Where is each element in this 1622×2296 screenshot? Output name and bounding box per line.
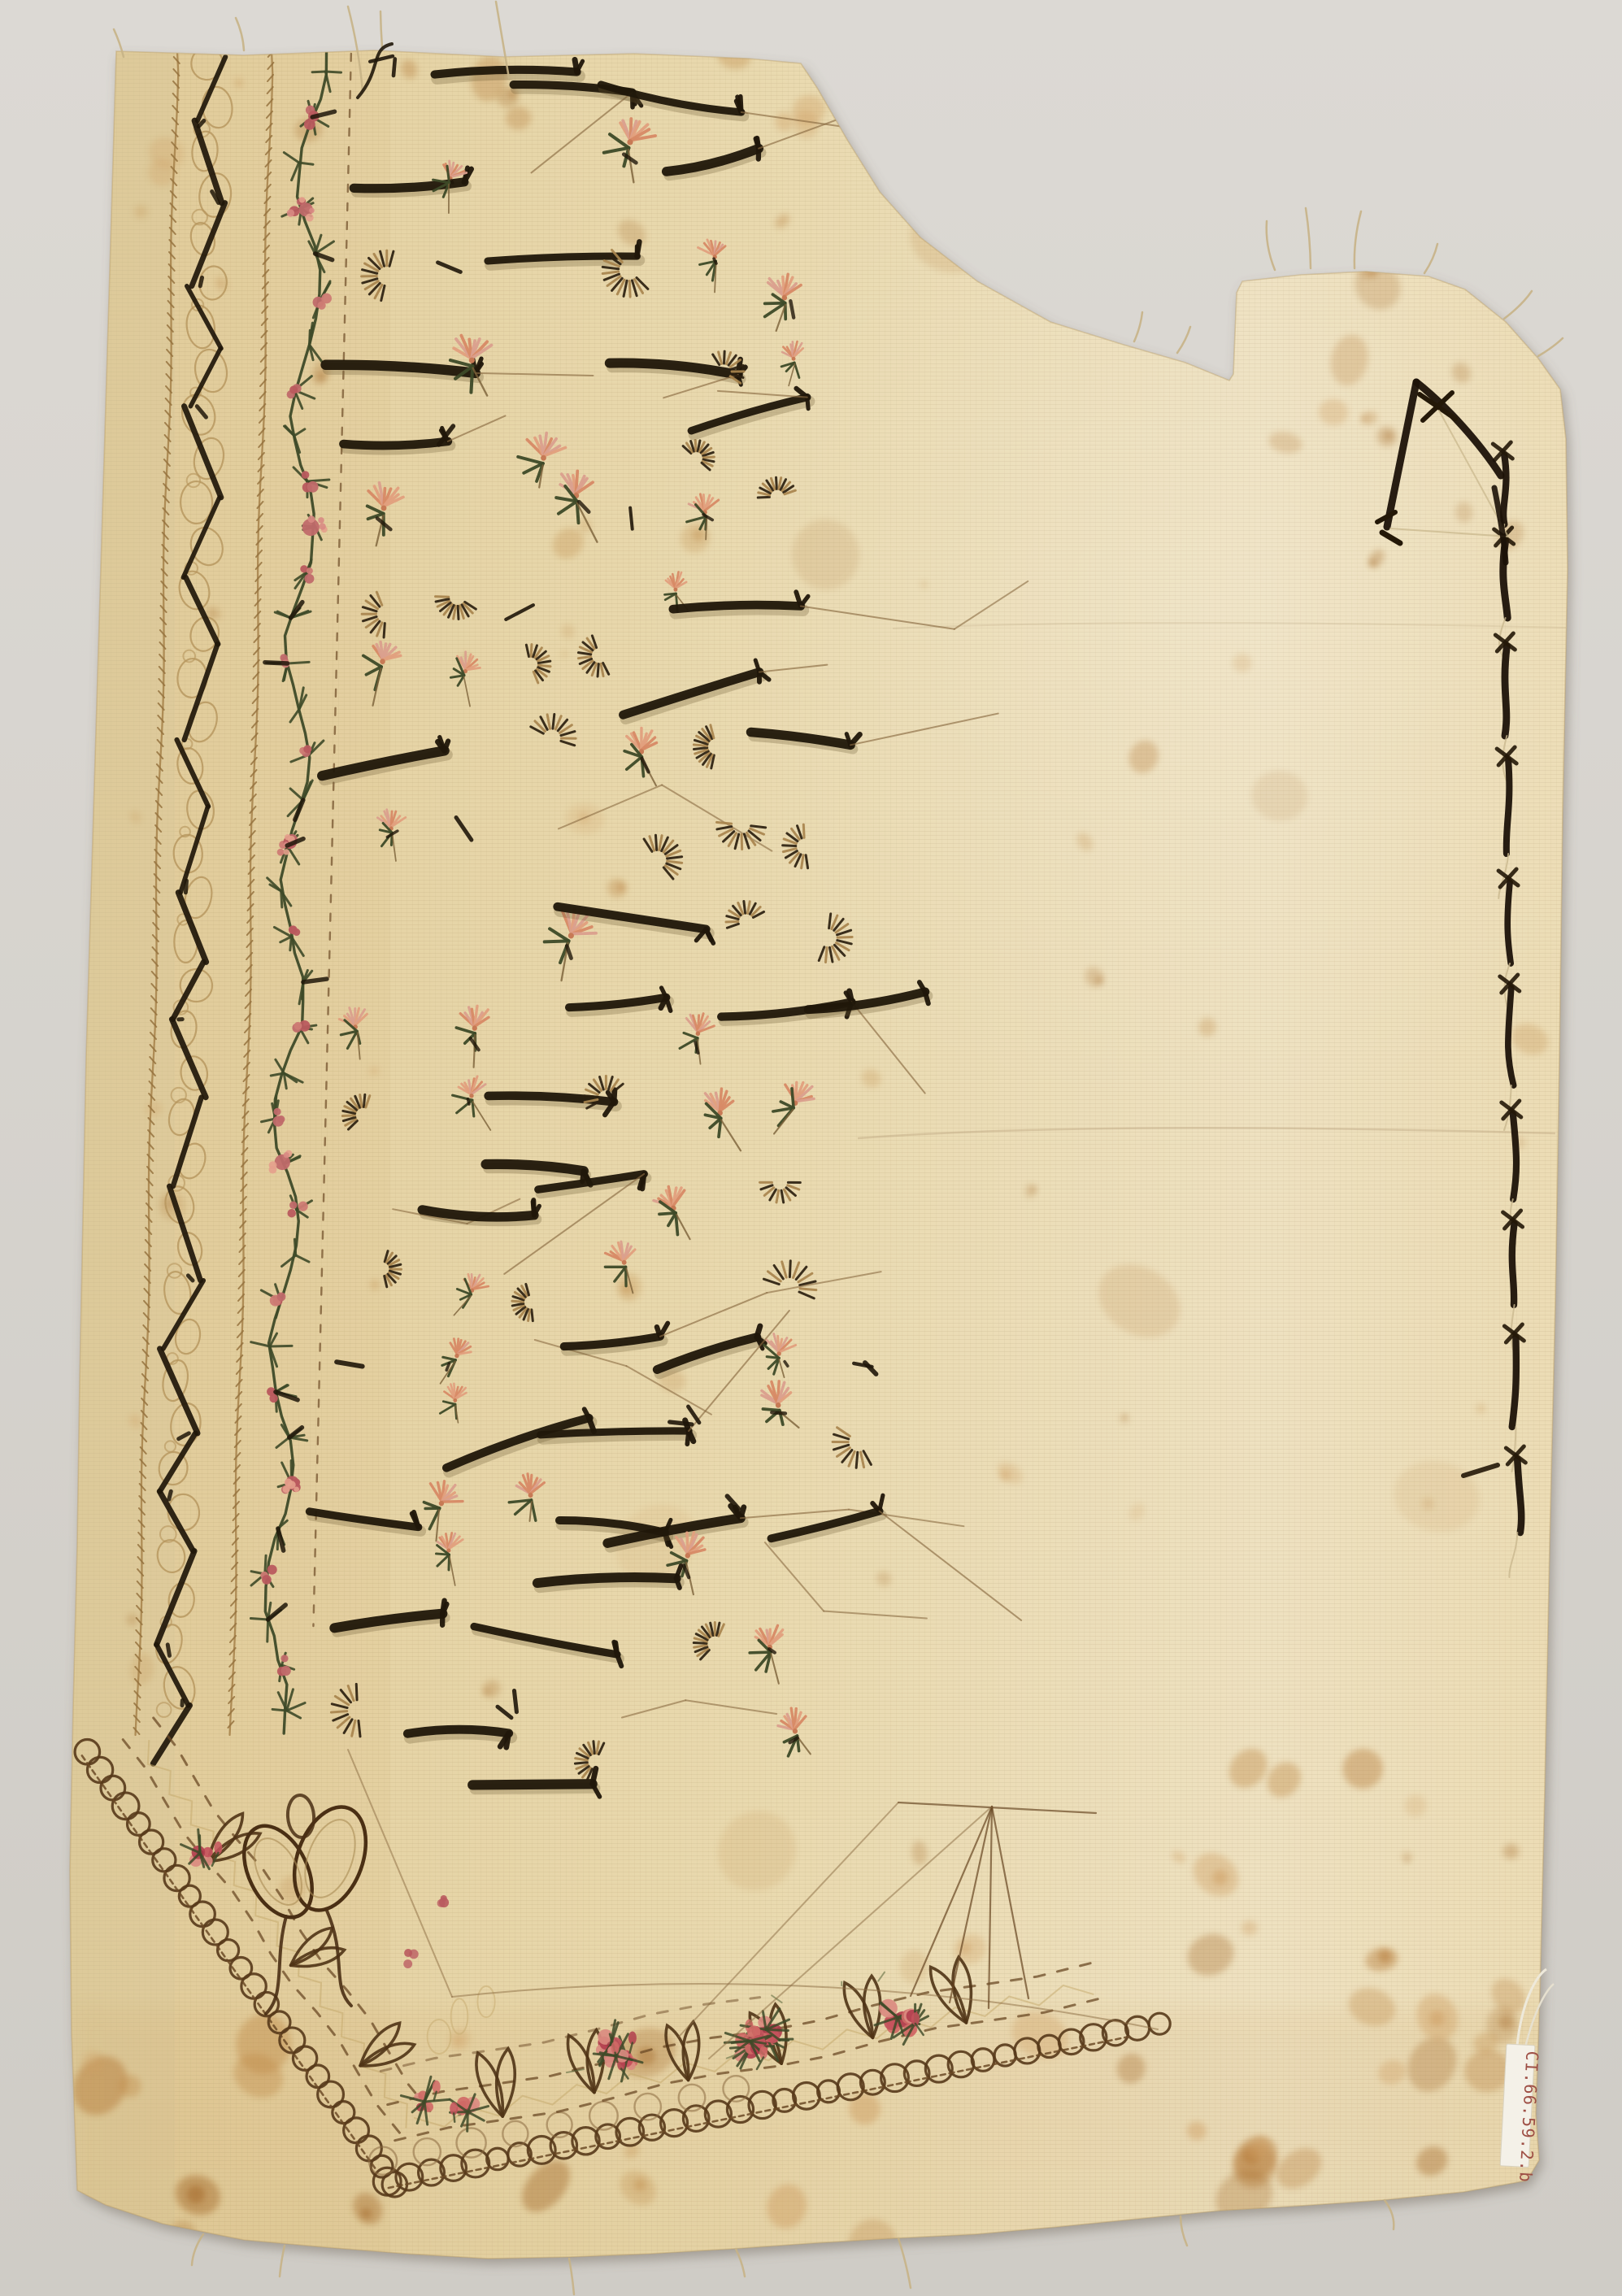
accession-tag: CI.66.59.2.b — [1499, 2044, 1542, 2184]
textile-fragment: CI.66.59.2.b — [63, 2, 1622, 2294]
artifact-photo: CI.66.59.2.b — [0, 0, 1622, 2296]
